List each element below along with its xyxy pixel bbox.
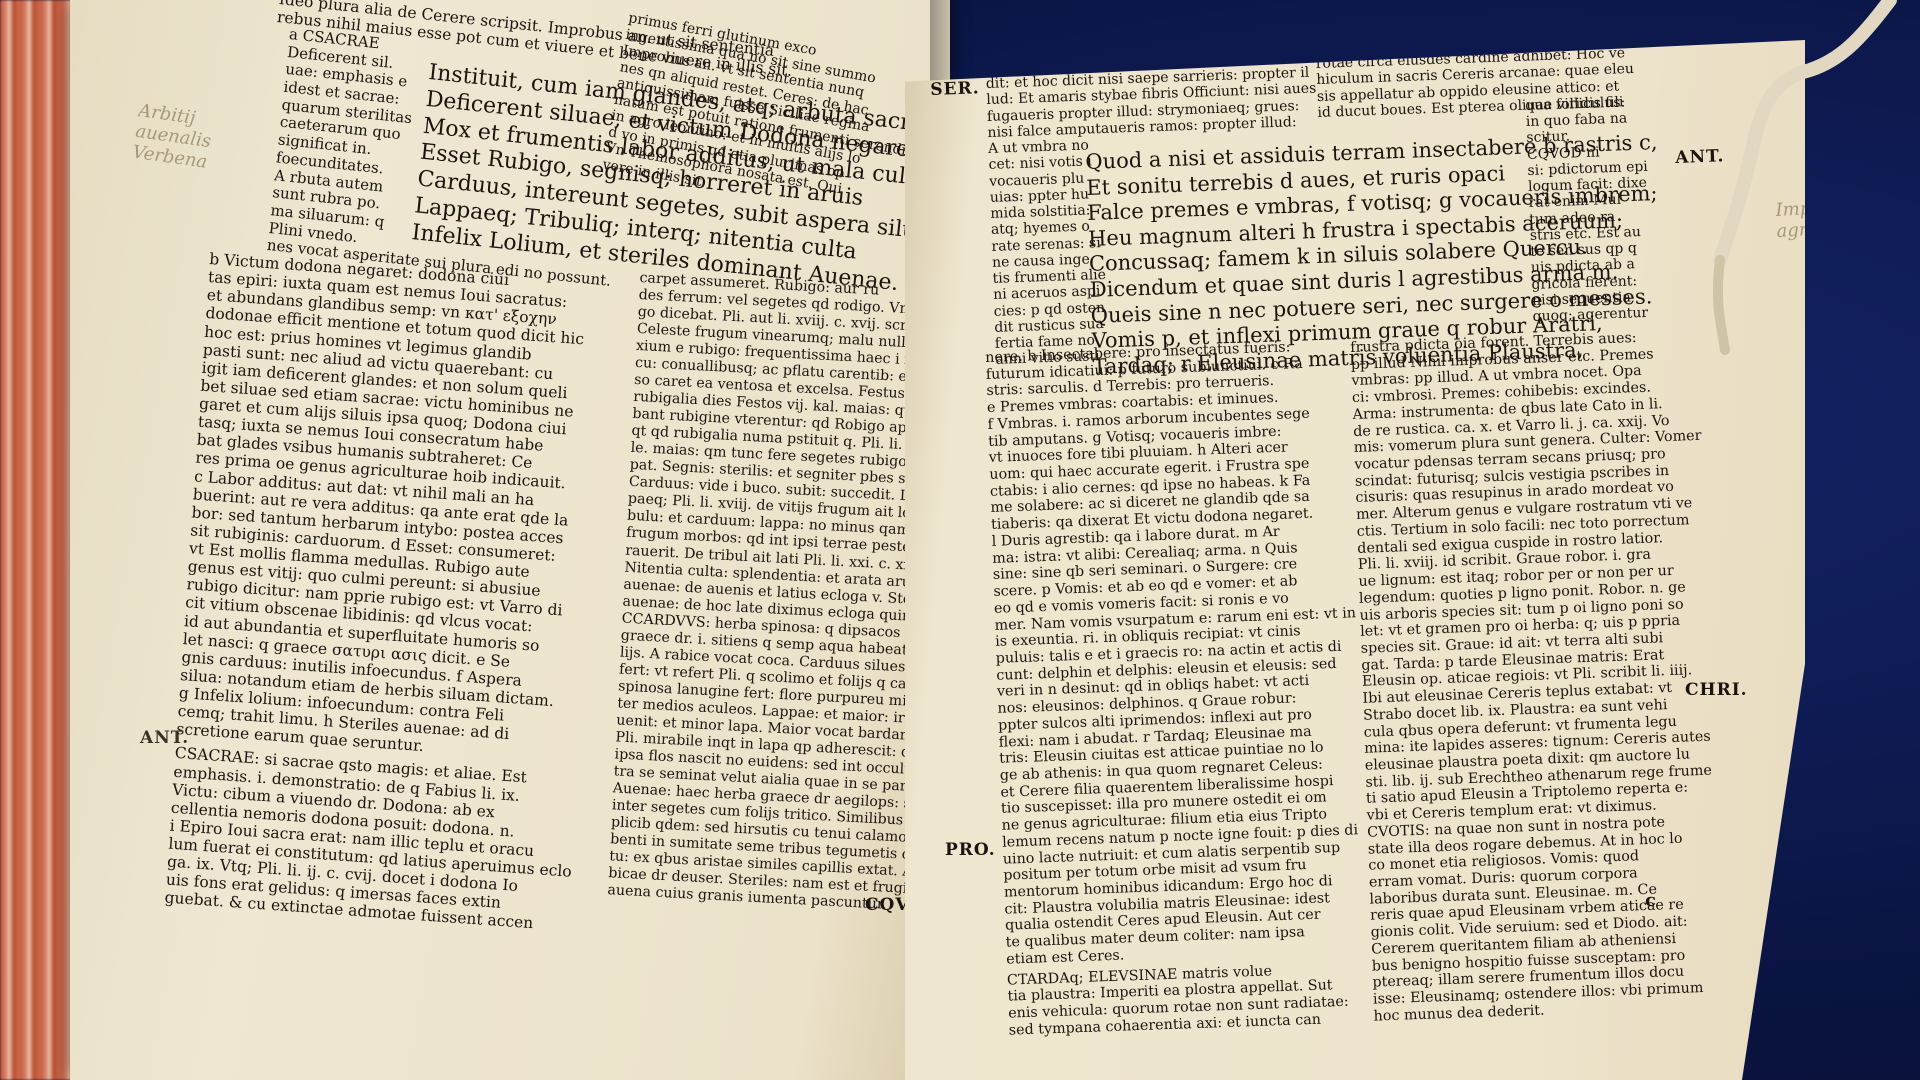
sidenote-ser: SER. — [930, 78, 980, 100]
left-commentary-column-1: b Victum dodona negaret: dodona ciui tas… — [164, 250, 613, 935]
sidenote-pro: PRO. — [945, 840, 996, 860]
right-commentary-column-2: frustra pdicta oia forent. Terrebis aues… — [1350, 328, 1722, 1025]
right-commentary-column-1: nere. b Insectabere: pro insectatus fuer… — [985, 337, 1370, 1039]
left-page: Ideo plura alia de Cerere scripsit. Impr… — [70, 0, 950, 1080]
manuscript-marginalia-left: Arbitij auenalis Verbena — [131, 100, 215, 174]
sidenote-chri: CHRI. — [1685, 680, 1748, 700]
signature-mark: c — [1645, 890, 1657, 911]
right-page: 129 LIBER PRIMVS SER. a QVOD nisi et ass… — [905, 40, 1805, 1080]
sidenote-ant-left: ANT. — [140, 728, 189, 748]
sidenote-ant-right: ANT. — [1675, 146, 1725, 168]
